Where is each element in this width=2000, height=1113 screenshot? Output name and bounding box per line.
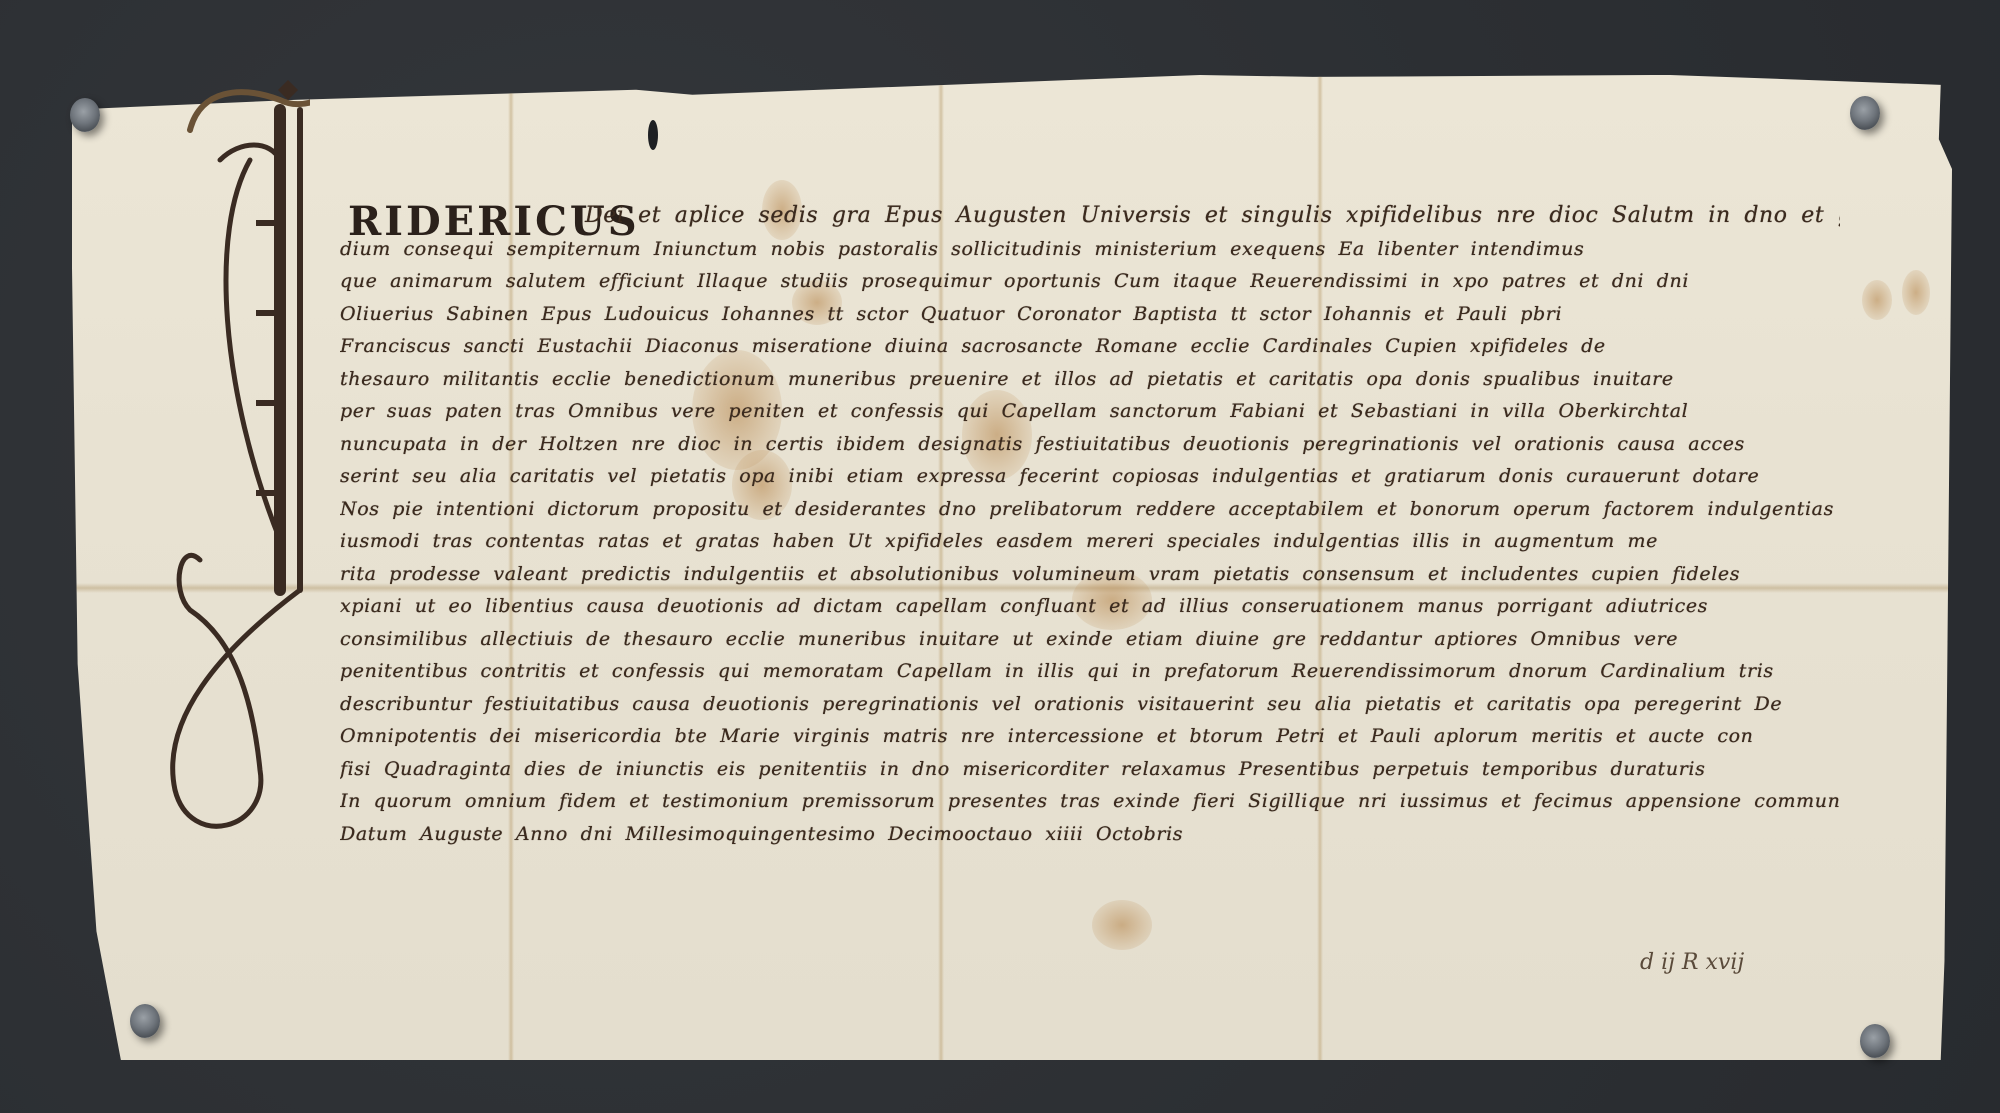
text-line: Datum Auguste Anno dni Millesimoquingent… — [340, 818, 1360, 851]
text-line: per suas paten tras Omnibus vere peniten… — [340, 395, 1840, 428]
text-line: penitentibus contritis et confessis qui … — [340, 655, 1840, 688]
text-line: que animarum salutem efficiunt Illaque s… — [340, 265, 1840, 298]
text-line: nuncupata in der Holtzen nre dioc in cer… — [340, 428, 1840, 461]
stain — [1862, 280, 1892, 320]
text-line: dium consequi sempiternum Iniunctum nobi… — [340, 233, 1840, 266]
decorated-initial-f — [160, 70, 310, 850]
text-line: xpiani ut eo libentius causa deuotionis … — [340, 590, 1840, 623]
stain — [1902, 270, 1930, 315]
text-line: Dei et aplice sedis gra Epus Augusten Un… — [340, 200, 1840, 233]
magnet-pin-bottom-left — [130, 1004, 160, 1038]
text-line: fisi Quadraginta dies de iniunctis eis p… — [340, 753, 1840, 786]
text-line: Franciscus sancti Eustachii Diaconus mis… — [340, 330, 1840, 363]
magnet-pin-top-right — [1850, 96, 1880, 130]
text-line: rita prodesse valeant predictis indulgen… — [340, 558, 1840, 591]
parchment-hole — [648, 120, 658, 150]
text-line: iusmodi tras contentas ratas et gratas h… — [340, 525, 1840, 558]
charter-text-body: Dei et aplice sedis gra Epus Augusten Un… — [340, 190, 1840, 850]
text-line: In quorum omnium fidem et testimonium pr… — [340, 785, 1840, 818]
text-line: thesauro militantis ecclie benedictionum… — [340, 363, 1840, 396]
text-line: serint seu alia caritatis vel pietatis o… — [340, 460, 1840, 493]
text-line: describuntur festiuitatibus causa deuoti… — [340, 688, 1840, 721]
text-line: Omnipotentis dei misericordia bte Marie … — [340, 720, 1840, 753]
magnet-pin-top-left — [70, 98, 100, 132]
endorsement-note: d ij R xvij — [1640, 950, 1744, 975]
text-line: Nos pie intentioni dictorum propositu et… — [340, 493, 1840, 526]
text-line: Oliuerius Sabinen Epus Ludouicus Iohanne… — [340, 298, 1840, 331]
stain — [1092, 900, 1152, 950]
magnet-pin-bottom-right — [1860, 1024, 1890, 1058]
text-line: consimilibus allectiuis de thesauro eccl… — [340, 623, 1840, 656]
